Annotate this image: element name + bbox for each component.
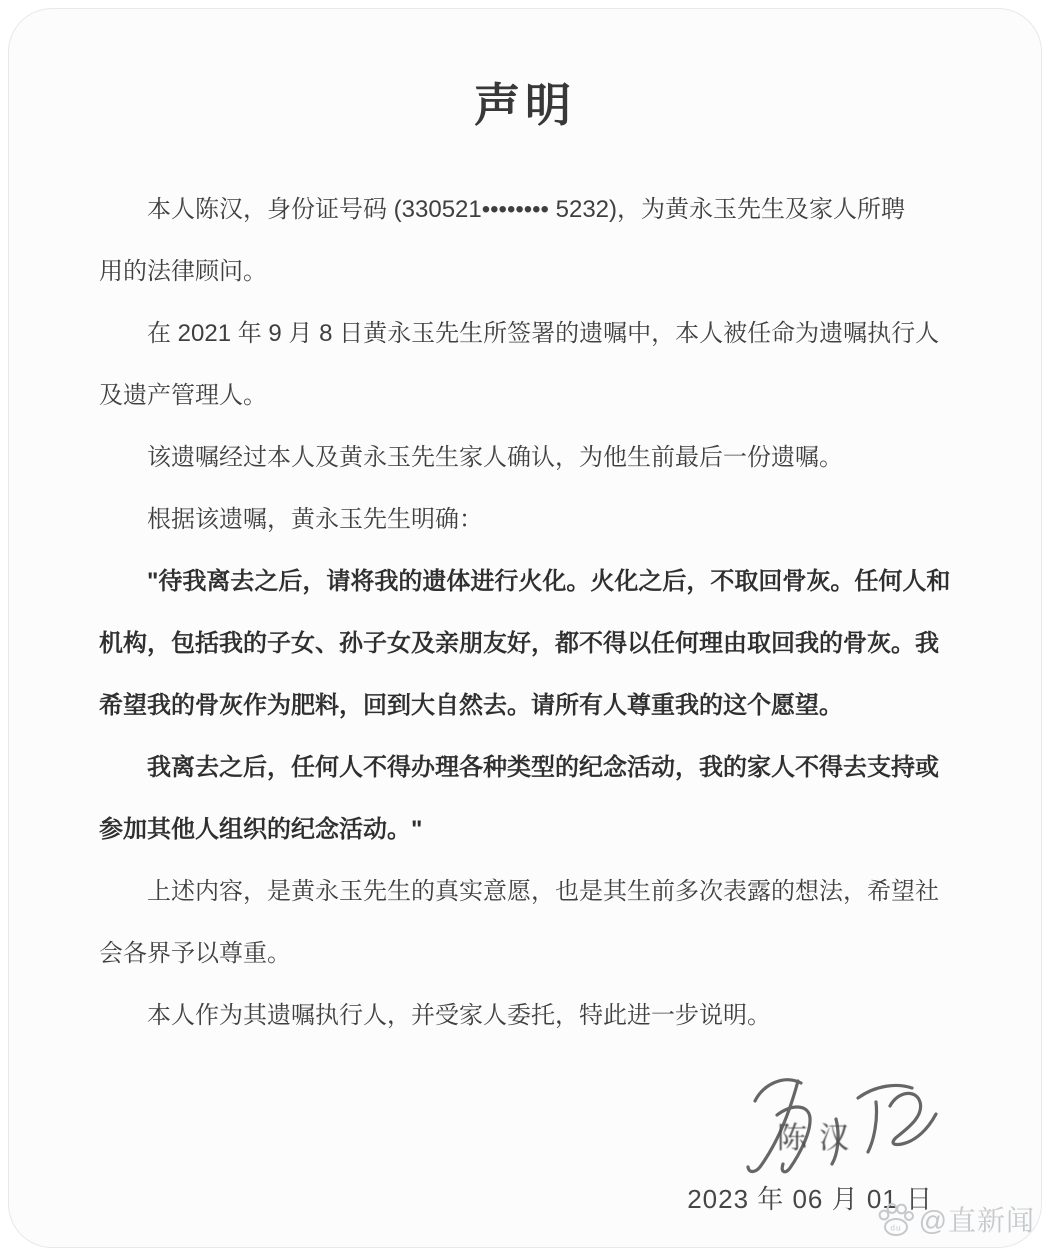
watermark: du @直新闻 [876, 1199, 1035, 1239]
paragraph: 上述内容，是黄永玉先生的真实意愿，也是其生前多次表露的想法，希望社 会各界予以尊… [99, 861, 951, 985]
paragraph: 根据该遗嘱，黄永玉先生明确： [99, 489, 951, 551]
paragraph: 该遗嘱经过本人及黄永玉先生家人确认，为他生前最后一份遗嘱。 [99, 427, 951, 489]
watermark-text: @直新闻 [919, 1199, 1035, 1239]
paragraph: 本人作为其遗嘱执行人，并受家人委托，特此进一步说明。 [99, 985, 951, 1047]
paragraph: 在 2021 年 9 月 8 日黄永玉先生所签署的遗嘱中，本人被任命为遗嘱执行人… [99, 303, 951, 427]
paragraph: 我离去之后，任何人不得办理各种类型的纪念活动，我的家人不得去支持或 参加其他人组… [99, 737, 951, 861]
photo-of-statement: 声明 本人陈汉，身份证号码 (330521•••••••• 5232)，为黄永玉… [0, 0, 1050, 1254]
paragraph: 本人陈汉，身份证号码 (330521•••••••• 5232)，为黄永玉先生及… [99, 179, 951, 303]
svg-text:du: du [890, 1224, 901, 1233]
baidu-paw-icon: du [876, 1201, 916, 1237]
document-body: 本人陈汉，身份证号码 (330521•••••••• 5232)，为黄永玉先生及… [99, 179, 951, 1047]
paragraph: "待我离去之后，请将我的遗体进行火化。火化之后，不取回骨灰。任何人和 机构，包括… [99, 551, 951, 737]
document-title: 声明 [9, 69, 1041, 135]
statement-document: 声明 本人陈汉，身份证号码 (330521•••••••• 5232)，为黄永玉… [8, 8, 1042, 1248]
signature-printed-name: 陈汉 [777, 1113, 861, 1157]
signature-block: 陈汉 [719, 1061, 963, 1183]
